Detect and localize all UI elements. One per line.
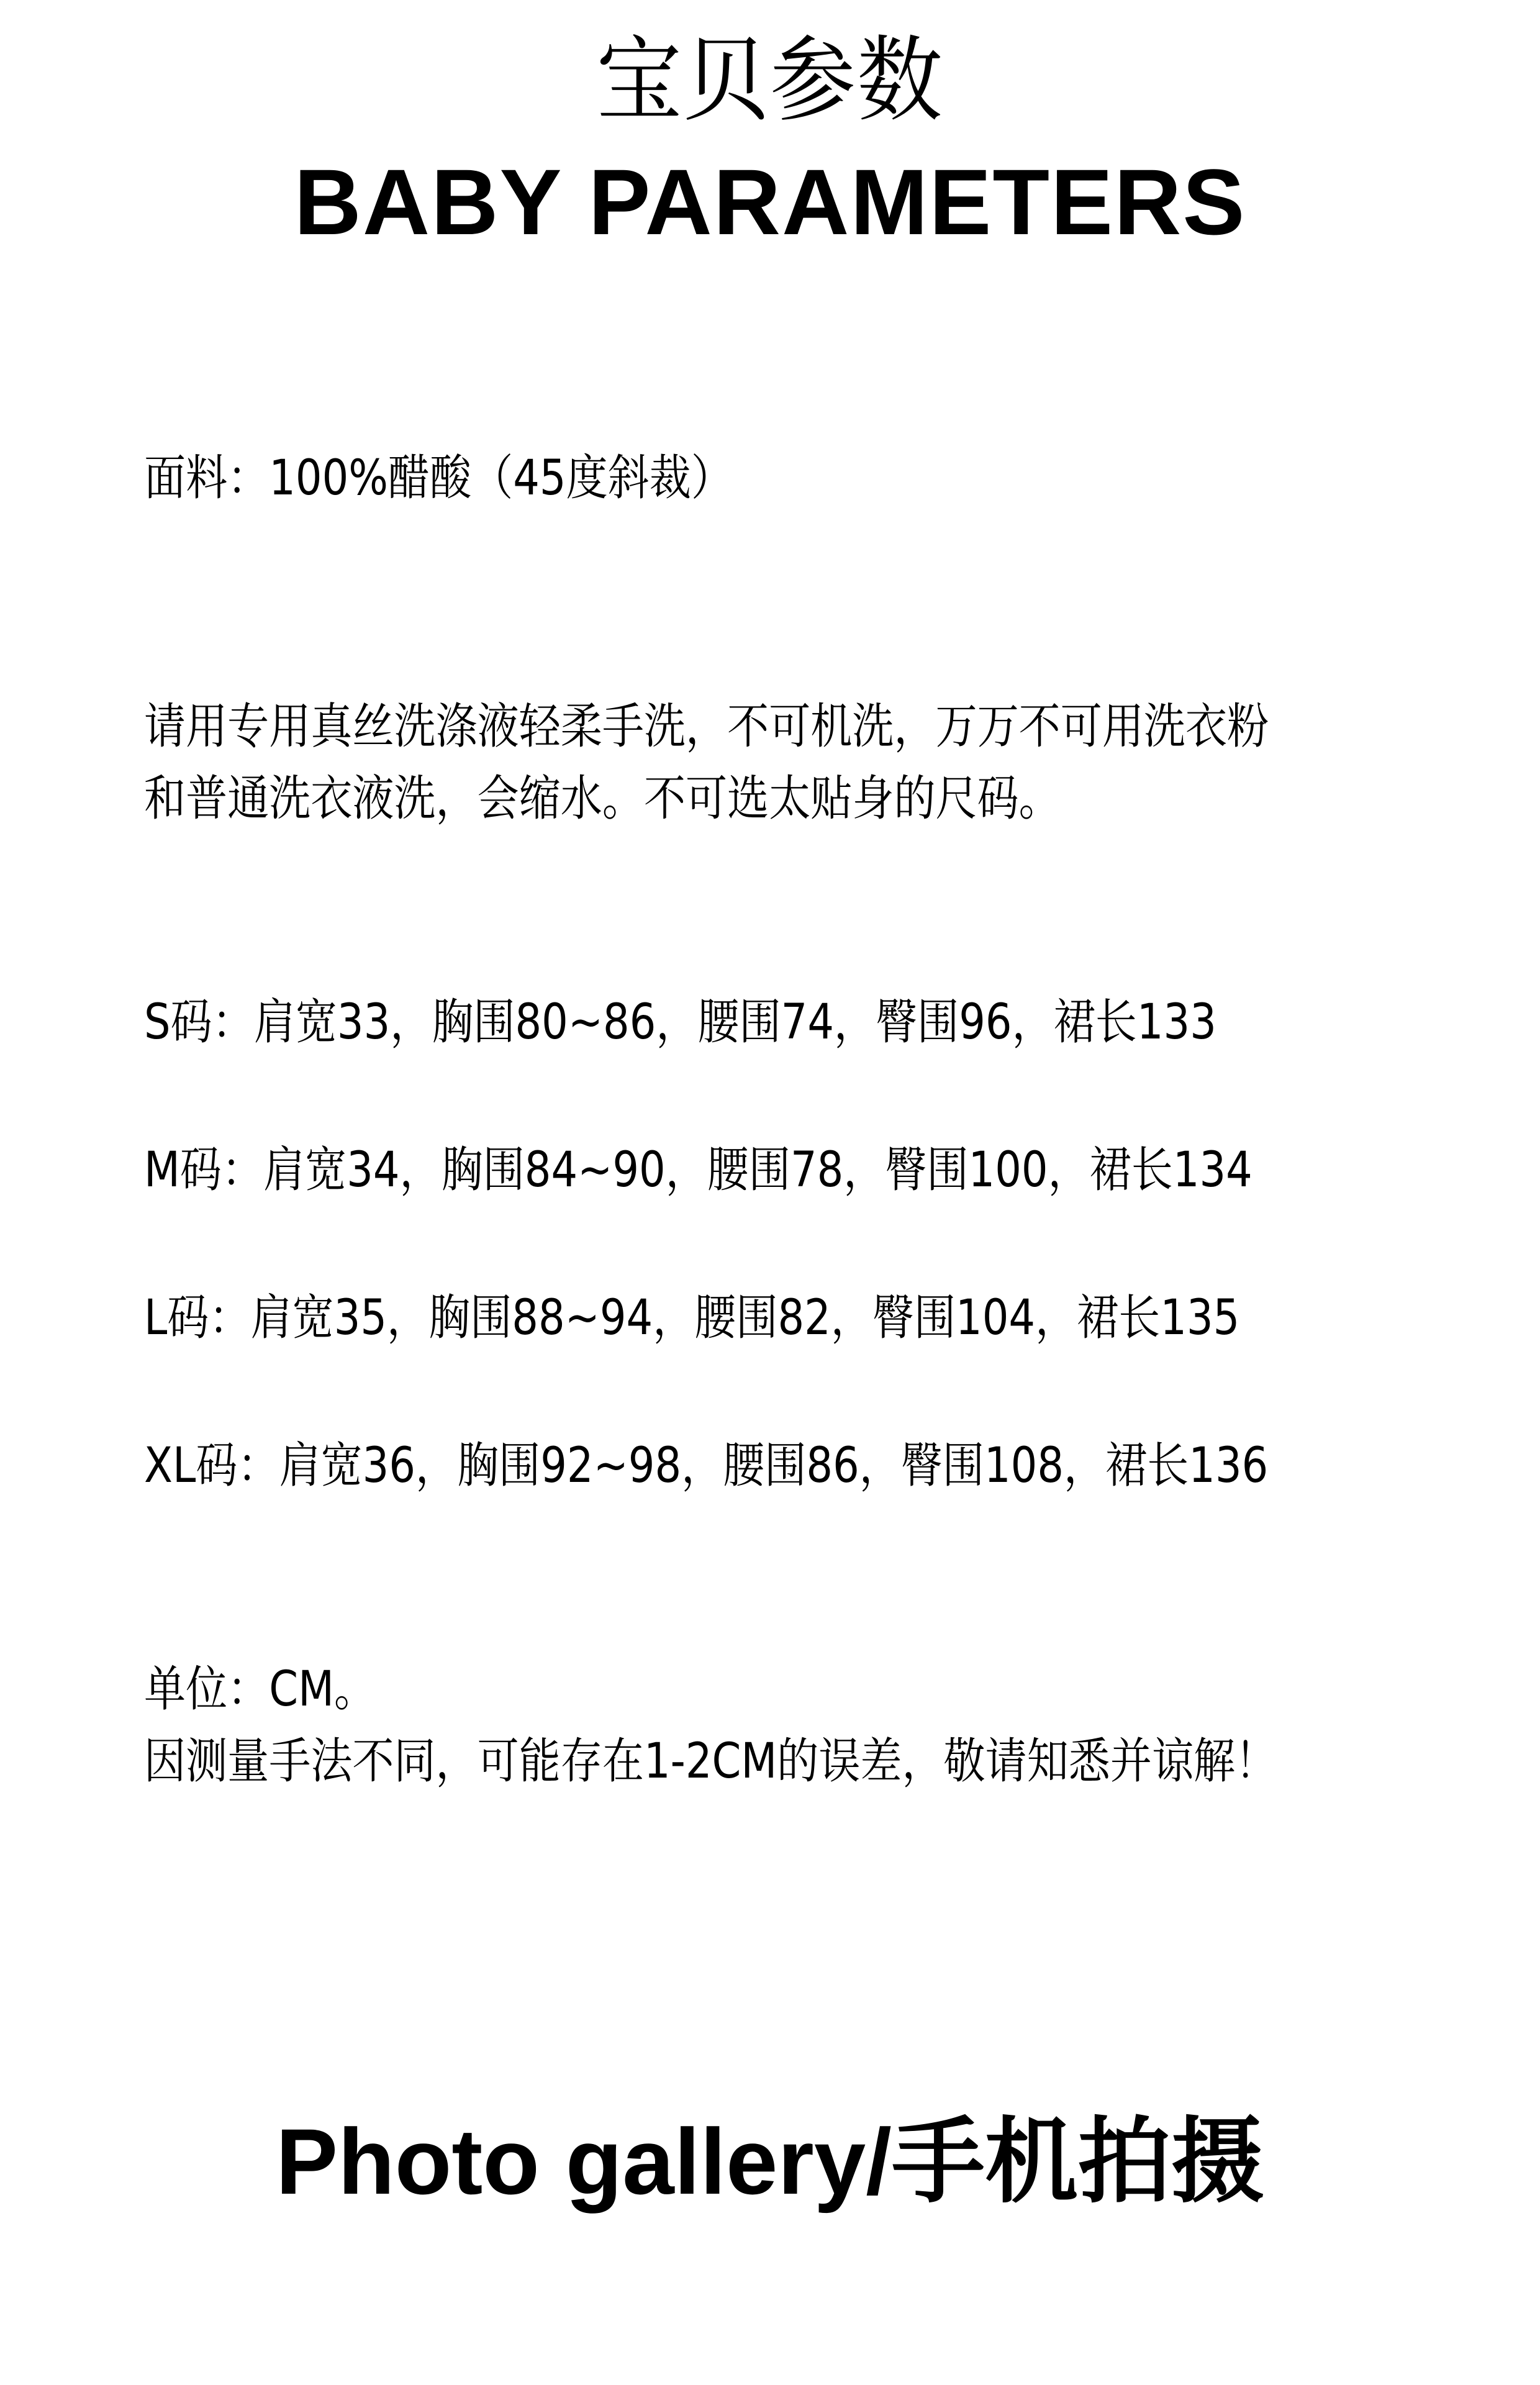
page-title-english: BABY PARAMETERS xyxy=(0,149,1540,255)
page-title-chinese: 宝贝参数 xyxy=(61,25,1479,137)
care-line-2: 和普通洗衣液洗，会缩水。不可选太贴身的尺码。 xyxy=(144,763,1269,835)
unit-note: 单位：CM。 xyxy=(144,1653,376,1725)
size-row-l: L码：肩宽35，胸围88~94，腰围82，臀围104，裙长135 xyxy=(144,1282,1239,1354)
fabric-info: 面料：100%醋酸（45度斜裁） xyxy=(144,442,733,514)
size-row-m: M码：肩宽34，胸围84~90，腰围78，臀围100，裙长134 xyxy=(144,1134,1252,1206)
measurement-disclaimer: 因测量手法不同，可能存在1-2CM的误差，敬请知悉并谅解！ xyxy=(144,1725,1277,1797)
care-line-1: 请用专用真丝洗涤液轻柔手洗，不可机洗，万万不可用洗衣粉 xyxy=(144,691,1269,763)
photo-gallery-title: Photo gallery/手机拍摄 xyxy=(0,2106,1540,2217)
size-row-s: S码：肩宽33，胸围80~86，腰围74，臀围96，裙长133 xyxy=(144,986,1216,1058)
care-instructions: 请用专用真丝洗涤液轻柔手洗，不可机洗，万万不可用洗衣粉 和普通洗衣液洗，会缩水。… xyxy=(144,691,1269,835)
size-row-xl: XL码：肩宽36，胸围92~98，腰围86，臀围108，裙长136 xyxy=(144,1430,1268,1502)
